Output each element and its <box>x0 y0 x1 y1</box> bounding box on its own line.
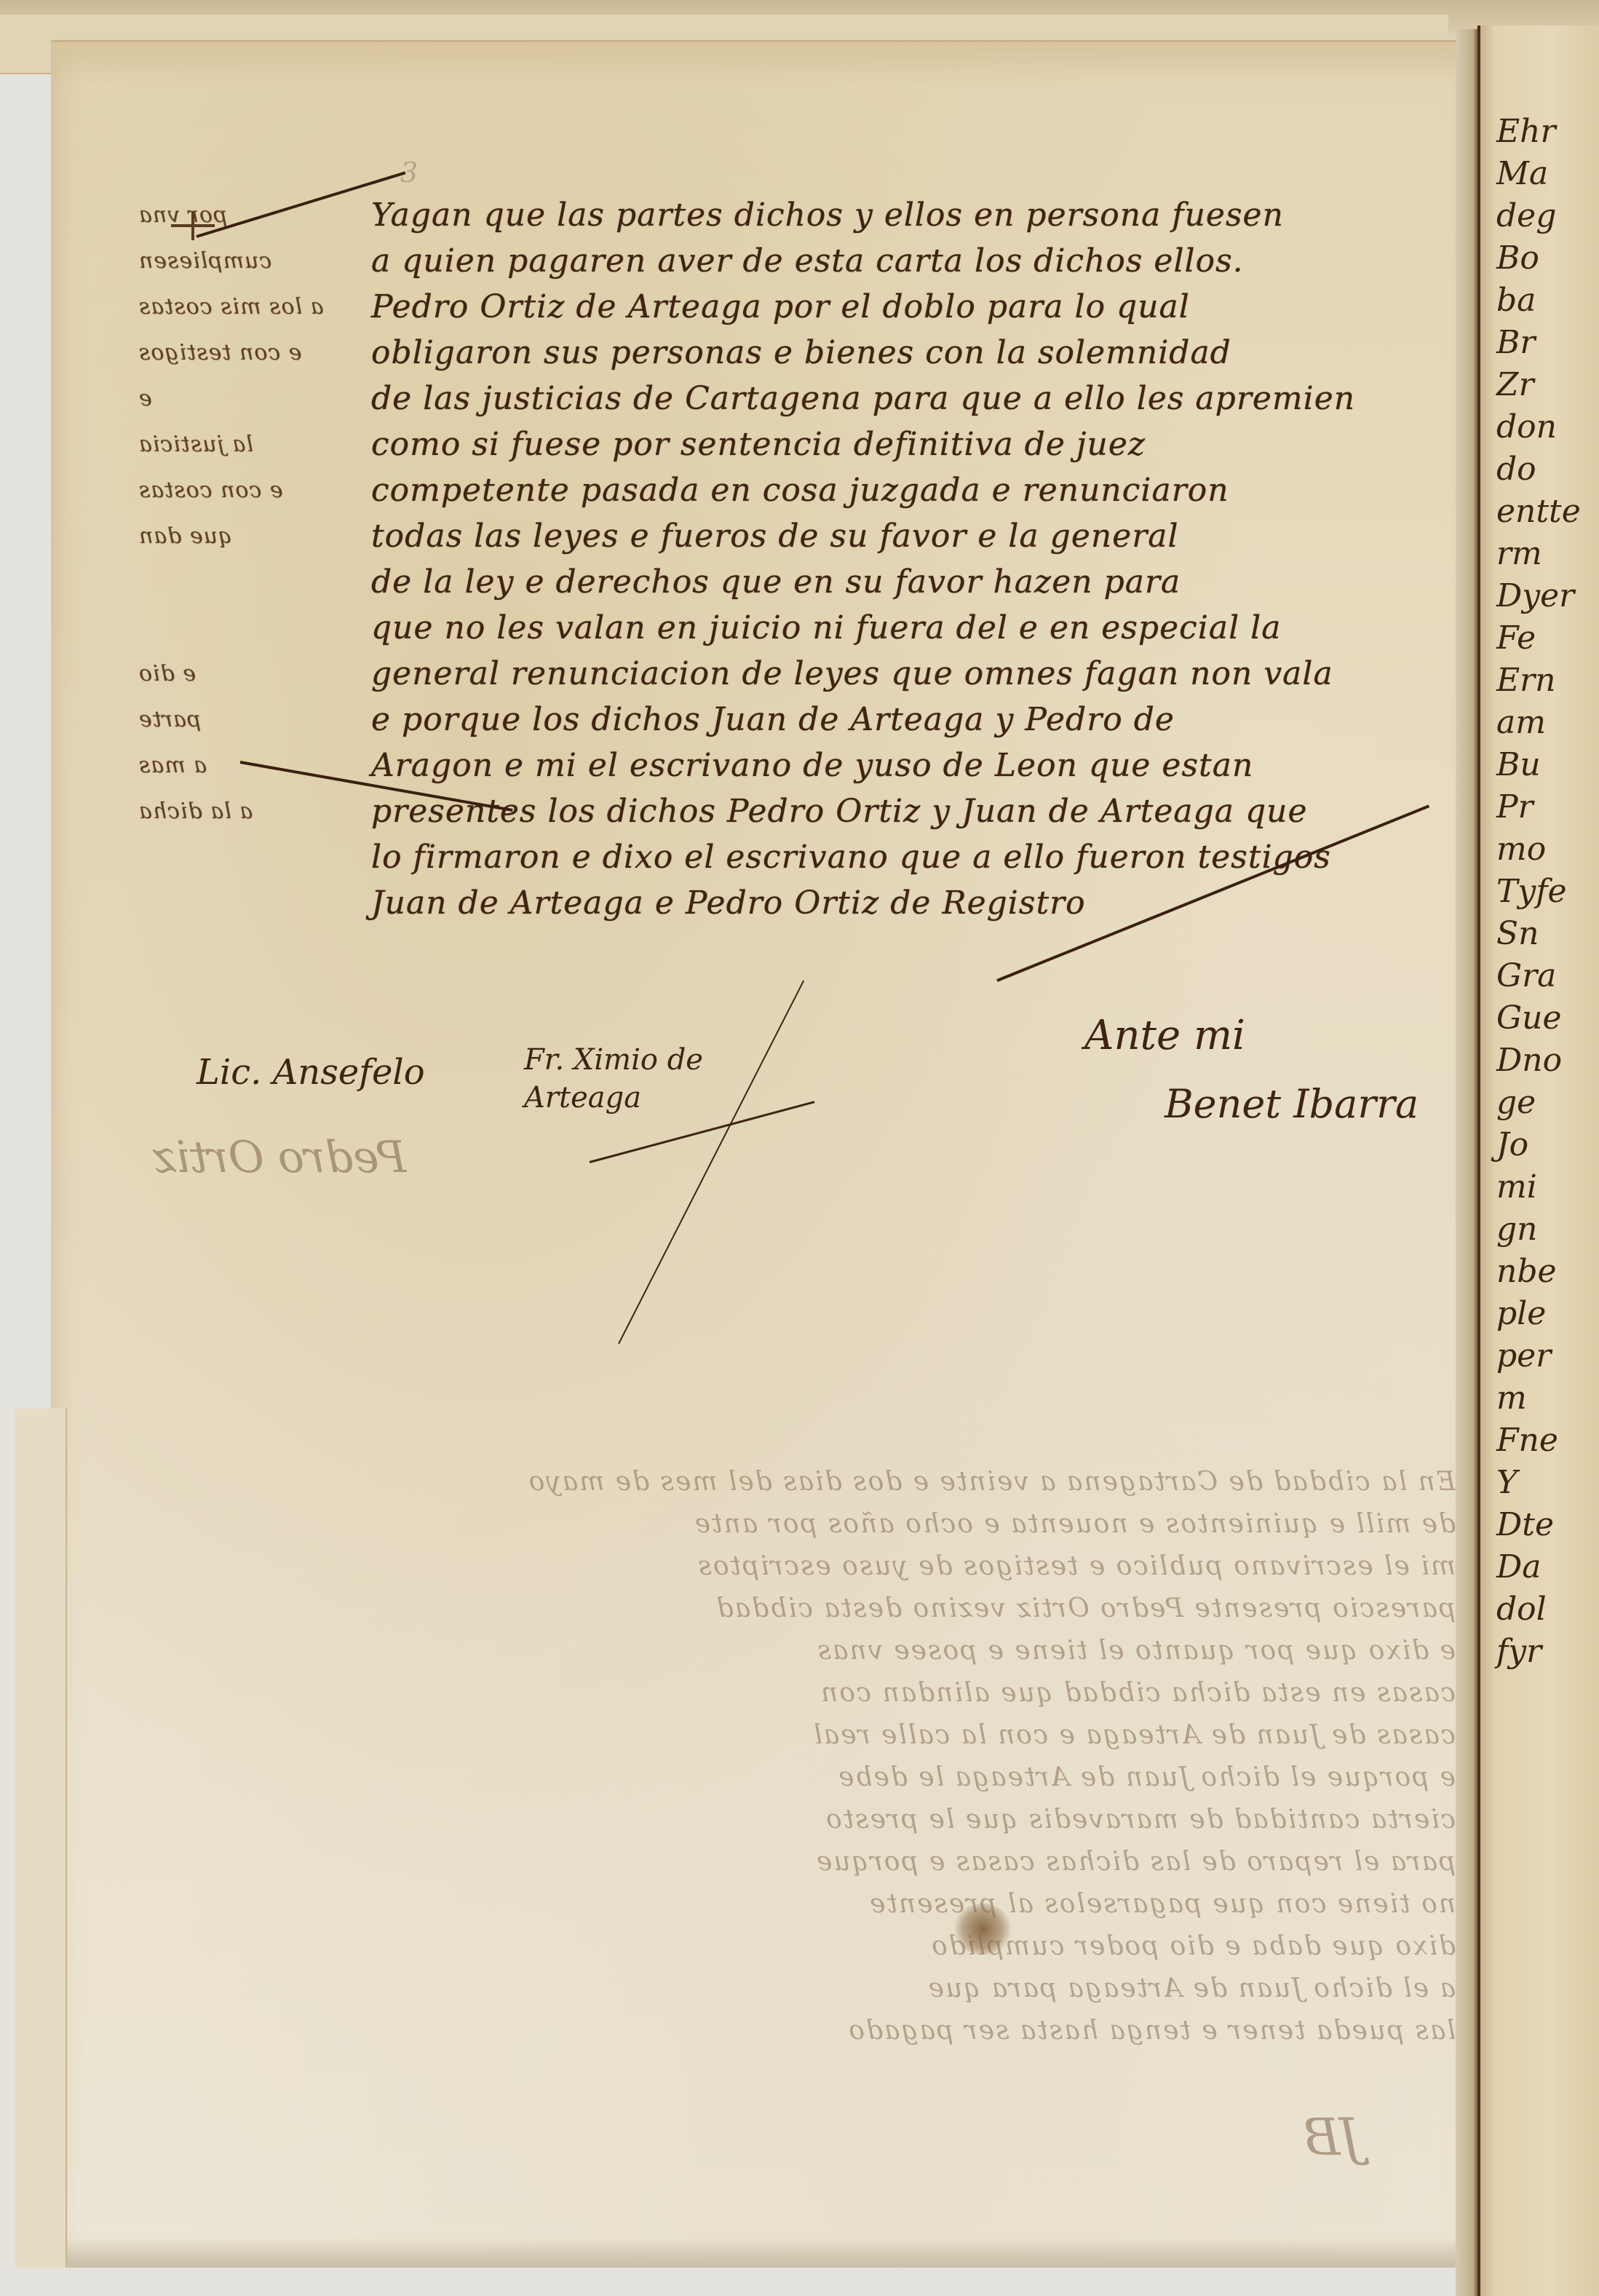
adjacent-fragment: nbe <box>1480 1253 1599 1295</box>
text-line: lo firmaron e dixo el escrivano que a el… <box>138 839 1507 884</box>
bleed-line: de mill e quinientos e nouenta e ocho añ… <box>160 1509 1456 1551</box>
adjacent-fragment: ge <box>1480 1084 1599 1126</box>
adjacent-fragment: entte <box>1480 493 1599 535</box>
adjacent-fragment: Jo <box>1480 1126 1599 1168</box>
adjacent-page-strip: Ehr Ma deg Bo ba Br Zr don do entte rm D… <box>1477 25 1599 2296</box>
signature-primary: Lic. Ansefelo <box>197 1052 425 1093</box>
adjacent-fragment: Pr <box>1480 788 1599 831</box>
margin-note: por vna <box>138 202 349 228</box>
text-line: cumpliesena quien pagaren aver de esta c… <box>138 242 1507 288</box>
bleed-line: a el dicho Juan de Arteaga para que <box>160 1974 1456 2016</box>
adjacent-fragment: Ern <box>1480 662 1599 704</box>
adjacent-fragment: fyr <box>1480 1633 1599 1675</box>
bleed-line: dixo que daba e dio poder cumplido <box>160 1931 1456 1974</box>
text-line: por vnaYagan que las partes dichos y ell… <box>138 197 1507 242</box>
adjacent-fragment: don <box>1480 408 1599 451</box>
adjacent-fragment: Ma <box>1480 155 1599 197</box>
bleed-line: parescio presente Pedro Ortiz vezino des… <box>160 1594 1456 1636</box>
text-line: que dantodas las leyes e fueros de su fa… <box>138 518 1507 563</box>
bleed-line: e porque el dicho Juan de Arteaga le deb… <box>160 1762 1456 1805</box>
bleed-line: las pueda tener e tenga hasta ser pagado <box>160 2016 1456 2058</box>
adjacent-fragment: Ehr <box>1480 113 1599 155</box>
adjacent-fragment: m <box>1480 1379 1599 1422</box>
text-line: e diogeneral renunciacion de leyes que o… <box>138 655 1507 701</box>
bleed-line: En la cibdad de Cartagena a veinte e dos… <box>160 1467 1456 1509</box>
notary-signature: Benet Ibarra <box>1164 1081 1419 1127</box>
text-line: a los mis costasPedro Ortiz de Arteaga p… <box>138 288 1507 334</box>
adjacent-fragment: Dte <box>1480 1506 1599 1548</box>
margin-note: cumpliesen <box>138 248 349 274</box>
text-line: que no les valan en juicio ni fuera del … <box>138 609 1507 655</box>
text-line: e con costascompetente pasada en cosa ju… <box>138 472 1507 518</box>
adjacent-fragment: Bu <box>1480 746 1599 788</box>
adjacent-fragment: ple <box>1480 1295 1599 1337</box>
bleed-line: mi el escrivano publico e testigos de yu… <box>160 1551 1456 1594</box>
adjacent-fragment: mi <box>1480 1168 1599 1211</box>
margin-note: parte <box>138 707 349 732</box>
text-line: ede las justicias de Cartagena para que … <box>138 380 1507 426</box>
notary-attestation: Ante mi <box>1084 1012 1245 1059</box>
binding-gutter <box>1456 29 1480 2296</box>
margin-note: a la dicha <box>138 799 349 824</box>
adjacent-fragment: per <box>1480 1337 1599 1379</box>
worn-bottom-edge <box>51 2238 1477 2268</box>
adjacent-fragment: deg <box>1480 197 1599 240</box>
margin-note: e con testigos <box>138 340 349 365</box>
adjacent-fragment: Zr <box>1480 366 1599 408</box>
text-line: a masAragon e mi el escrivano de yuso de… <box>138 747 1507 793</box>
adjacent-fragment: mo <box>1480 831 1599 873</box>
adjacent-fragment: Gra <box>1480 957 1599 999</box>
bleed-line: e dixo que por quanto el tiene e posee v… <box>160 1636 1456 1678</box>
text-line: a la dichapresentes los dichos Pedro Ort… <box>138 793 1507 839</box>
margin-note: e con costas <box>138 478 349 503</box>
torn-left-edge <box>15 1409 67 2268</box>
margin-note: e <box>138 386 349 411</box>
adjacent-fragment: am <box>1480 704 1599 746</box>
manuscript-folio: 3 por vnaYagan que las partes dichos y e… <box>51 40 1477 2268</box>
bleed-line: casas de Juan de Arteaga e con la calle … <box>160 1720 1456 1762</box>
text-line: Juan de Arteaga e Pedro Ortiz de Registr… <box>138 884 1507 930</box>
margin-note: e dio <box>138 661 349 686</box>
adjacent-fragment: Da <box>1480 1548 1599 1591</box>
text-line: e con testigosobligaron sus personas e b… <box>138 334 1507 380</box>
ink-stain <box>953 1904 1012 1955</box>
adjacent-fragment: Gue <box>1480 999 1599 1042</box>
margin-note: que dan <box>138 523 349 549</box>
bleed-line: casas en esta dicha cibdad que alindan c… <box>160 1678 1456 1720</box>
adjacent-fragment: do <box>1480 451 1599 493</box>
adjacent-fragment: Dyer <box>1480 577 1599 619</box>
ghost-signature: Pedro Ortiz <box>153 1132 406 1183</box>
adjacent-fragment: dol <box>1480 1591 1599 1633</box>
margin-note: la justicia <box>138 432 349 457</box>
adjacent-fragment: gn <box>1480 1211 1599 1253</box>
adjacent-fragment: Y <box>1480 1464 1599 1506</box>
bleed-line: no tiene con que pagarselos al presente <box>160 1889 1456 1931</box>
text-line: de la ley e derechos que en su favor haz… <box>138 563 1507 609</box>
adjacent-fragment: rm <box>1480 535 1599 577</box>
signature-secondary: Fr. Ximio de Arteaga <box>524 1041 771 1117</box>
adjacent-fragment: Fne <box>1480 1422 1599 1464</box>
adjacent-fragment: ba <box>1480 282 1599 324</box>
adjacent-fragment: Br <box>1480 324 1599 366</box>
main-text-block: por vnaYagan que las partes dichos y ell… <box>138 197 1507 930</box>
bleed-through-text: En la cibdad de Cartagena a veinte e dos… <box>160 1467 1456 2058</box>
adjacent-fragment: Dno <box>1480 1042 1599 1084</box>
text-line: la justiciacomo si fuese por sentencia d… <box>138 426 1507 472</box>
margin-note: a los mis costas <box>138 294 349 320</box>
worn-top-edge <box>51 40 1477 86</box>
adjacent-fragment: Sn <box>1480 915 1599 957</box>
adjacent-fragment: Tyfe <box>1480 873 1599 915</box>
bleed-initials: JB <box>1303 2107 1361 2167</box>
adjacent-fragment: Fe <box>1480 619 1599 662</box>
adjacent-fragment: Bo <box>1480 240 1599 282</box>
bleed-line: para el reparo de las dichas casas e por… <box>160 1847 1456 1889</box>
signature-flourish <box>618 981 804 1345</box>
bleed-line: cierta cantidad de maravedis que le pres… <box>160 1805 1456 1847</box>
text-line: partee porque los dichos Juan de Arteaga… <box>138 701 1507 747</box>
